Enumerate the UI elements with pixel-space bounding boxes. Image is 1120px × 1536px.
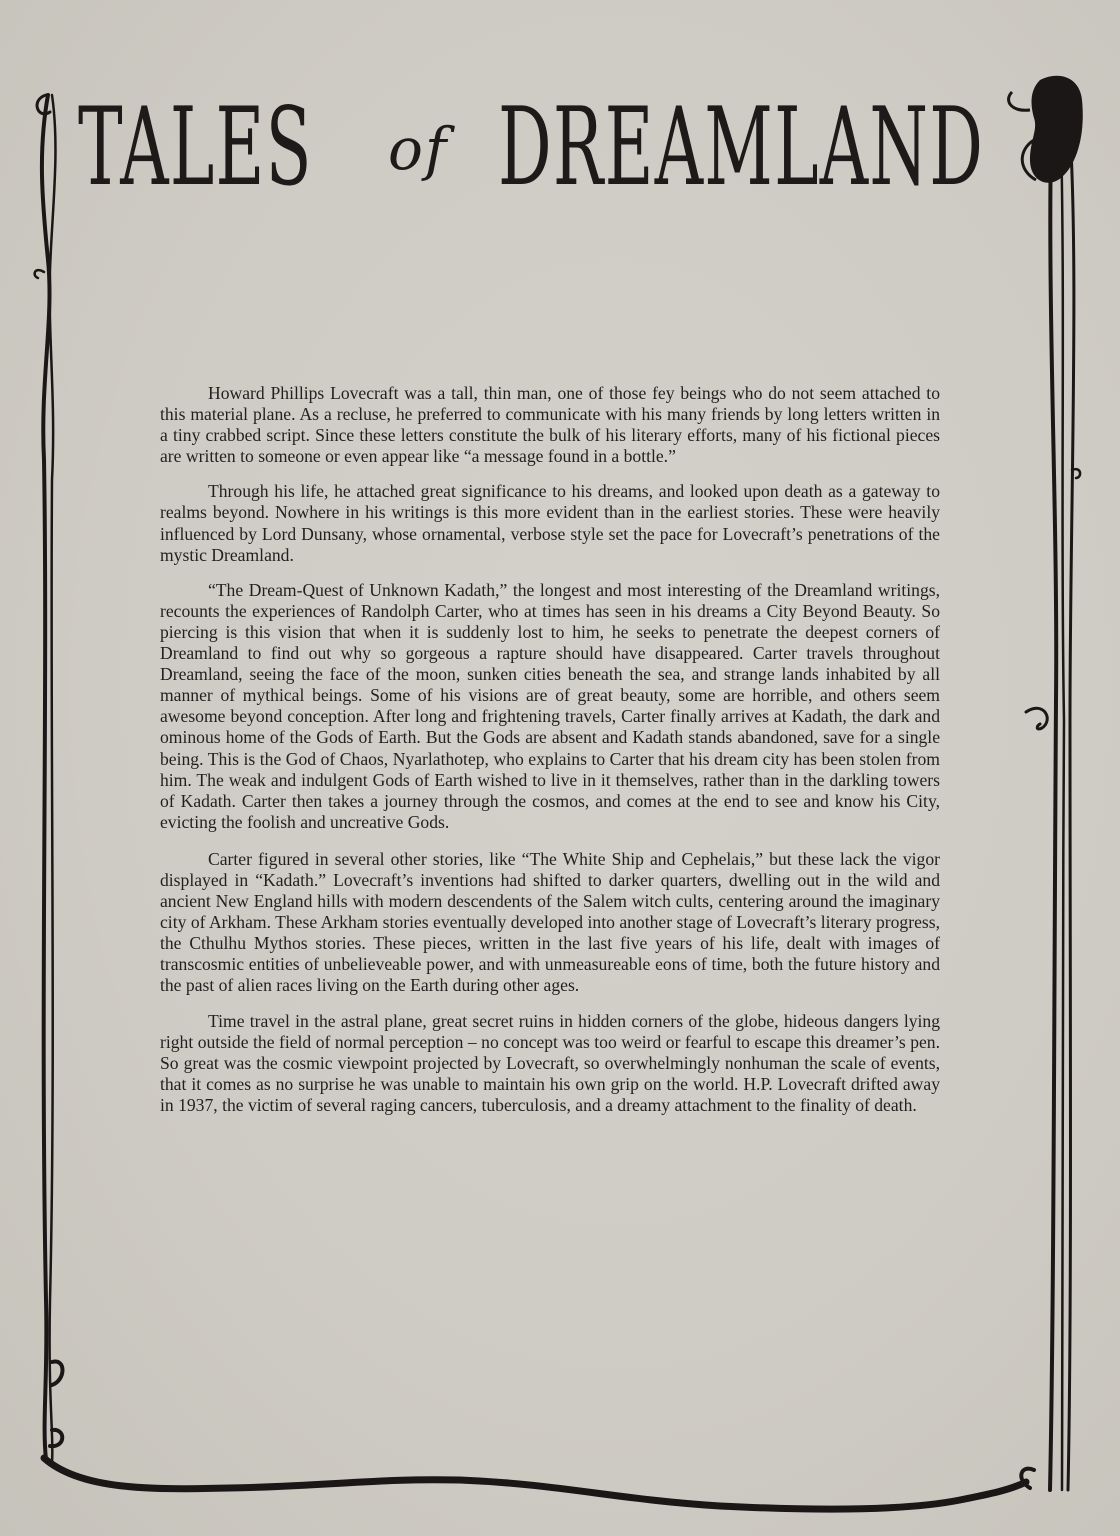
paragraph-5: Time travel in the astral plane, great s… [160,1011,940,1116]
paragraph-3: “The Dream-Quest of Unknown Kadath,” the… [160,580,940,833]
title-word-tales: TALES [78,94,252,202]
paragraph-2: Through his life, he attached great sign… [160,481,940,565]
title-word-of: of [388,120,468,178]
paragraph-1: Howard Phillips Lovecraft was a tall, th… [160,383,940,467]
page-title: TALES of DREAMLAND [78,82,1018,202]
title-word-dreamland: DREAMLAND [498,94,820,202]
paragraph-4: Carter figured in several other stories,… [160,849,940,997]
book-page: TALES of DREAMLAND Howard Phillips Lovec… [0,0,1120,1536]
article-body: Howard Phillips Lovecraft was a tall, th… [160,383,940,1130]
